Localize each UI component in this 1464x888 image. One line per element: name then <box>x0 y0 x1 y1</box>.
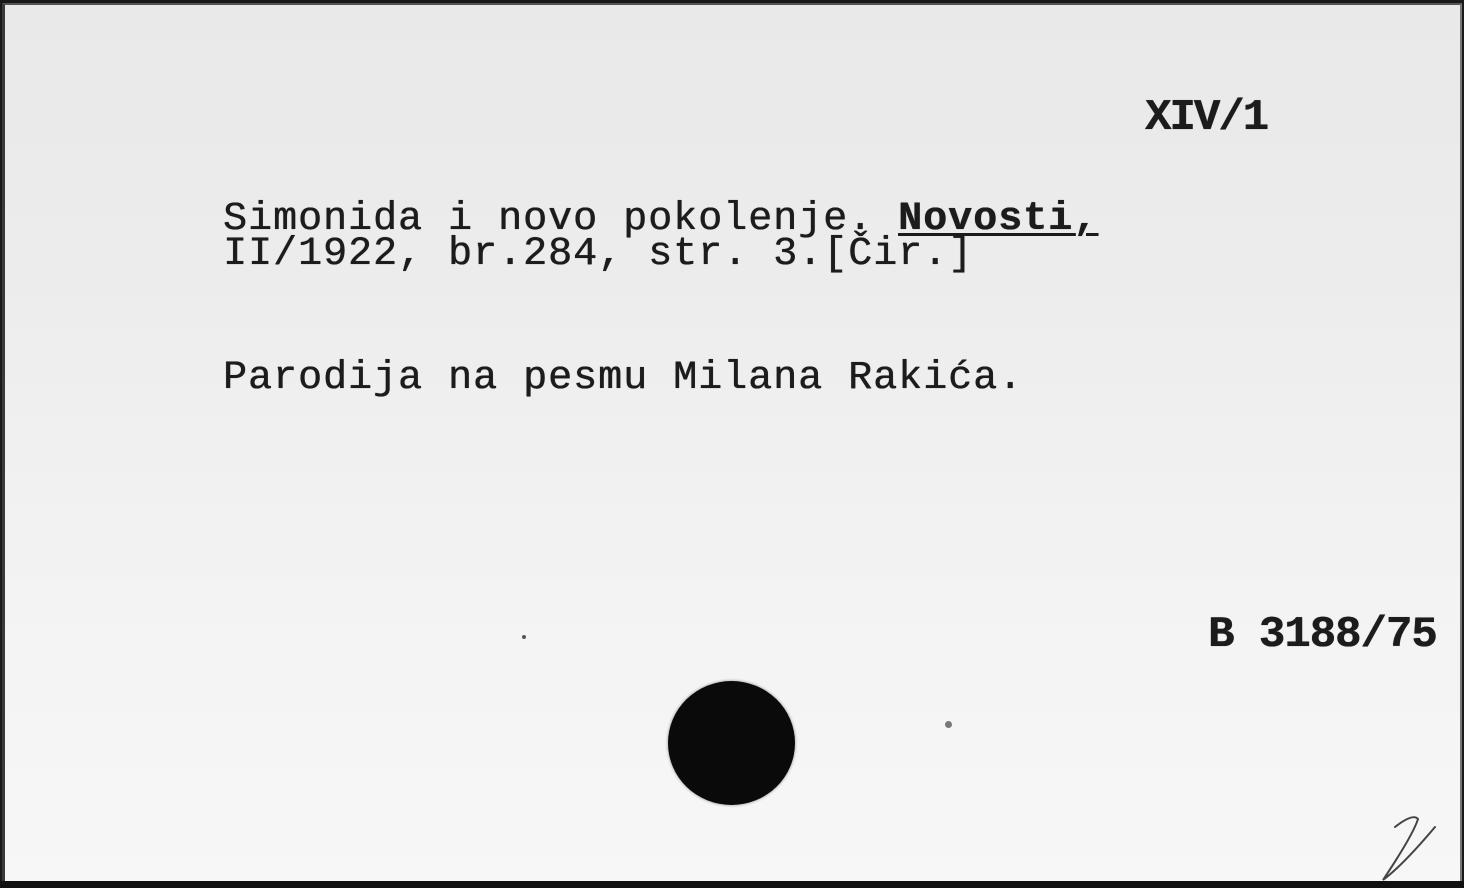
card-bottom-edge <box>0 881 1464 888</box>
ink-speck <box>945 721 952 728</box>
call-number: XIV/1 <box>1145 93 1267 143</box>
bracket-close: ] <box>948 235 973 275</box>
entry-citation-line: II/1922, br.284, str. 3.[Čir.] <box>223 235 973 275</box>
pencil-dot <box>522 635 526 639</box>
punch-hole <box>668 681 795 805</box>
citation-details: II/1922, br.284, str. 3. <box>223 232 823 277</box>
script-note: Čir. <box>848 232 948 277</box>
inventory-number: B 3188/75 <box>1208 610 1437 660</box>
catalog-card: XIV/1 Simonida i novo pokolenje. Novosti… <box>2 3 1462 881</box>
bracket-open: [ <box>823 235 848 275</box>
handwritten-mark-icon <box>1373 805 1443 881</box>
annotation: Parodija na pesmu Milana Rakića. <box>223 359 1023 399</box>
